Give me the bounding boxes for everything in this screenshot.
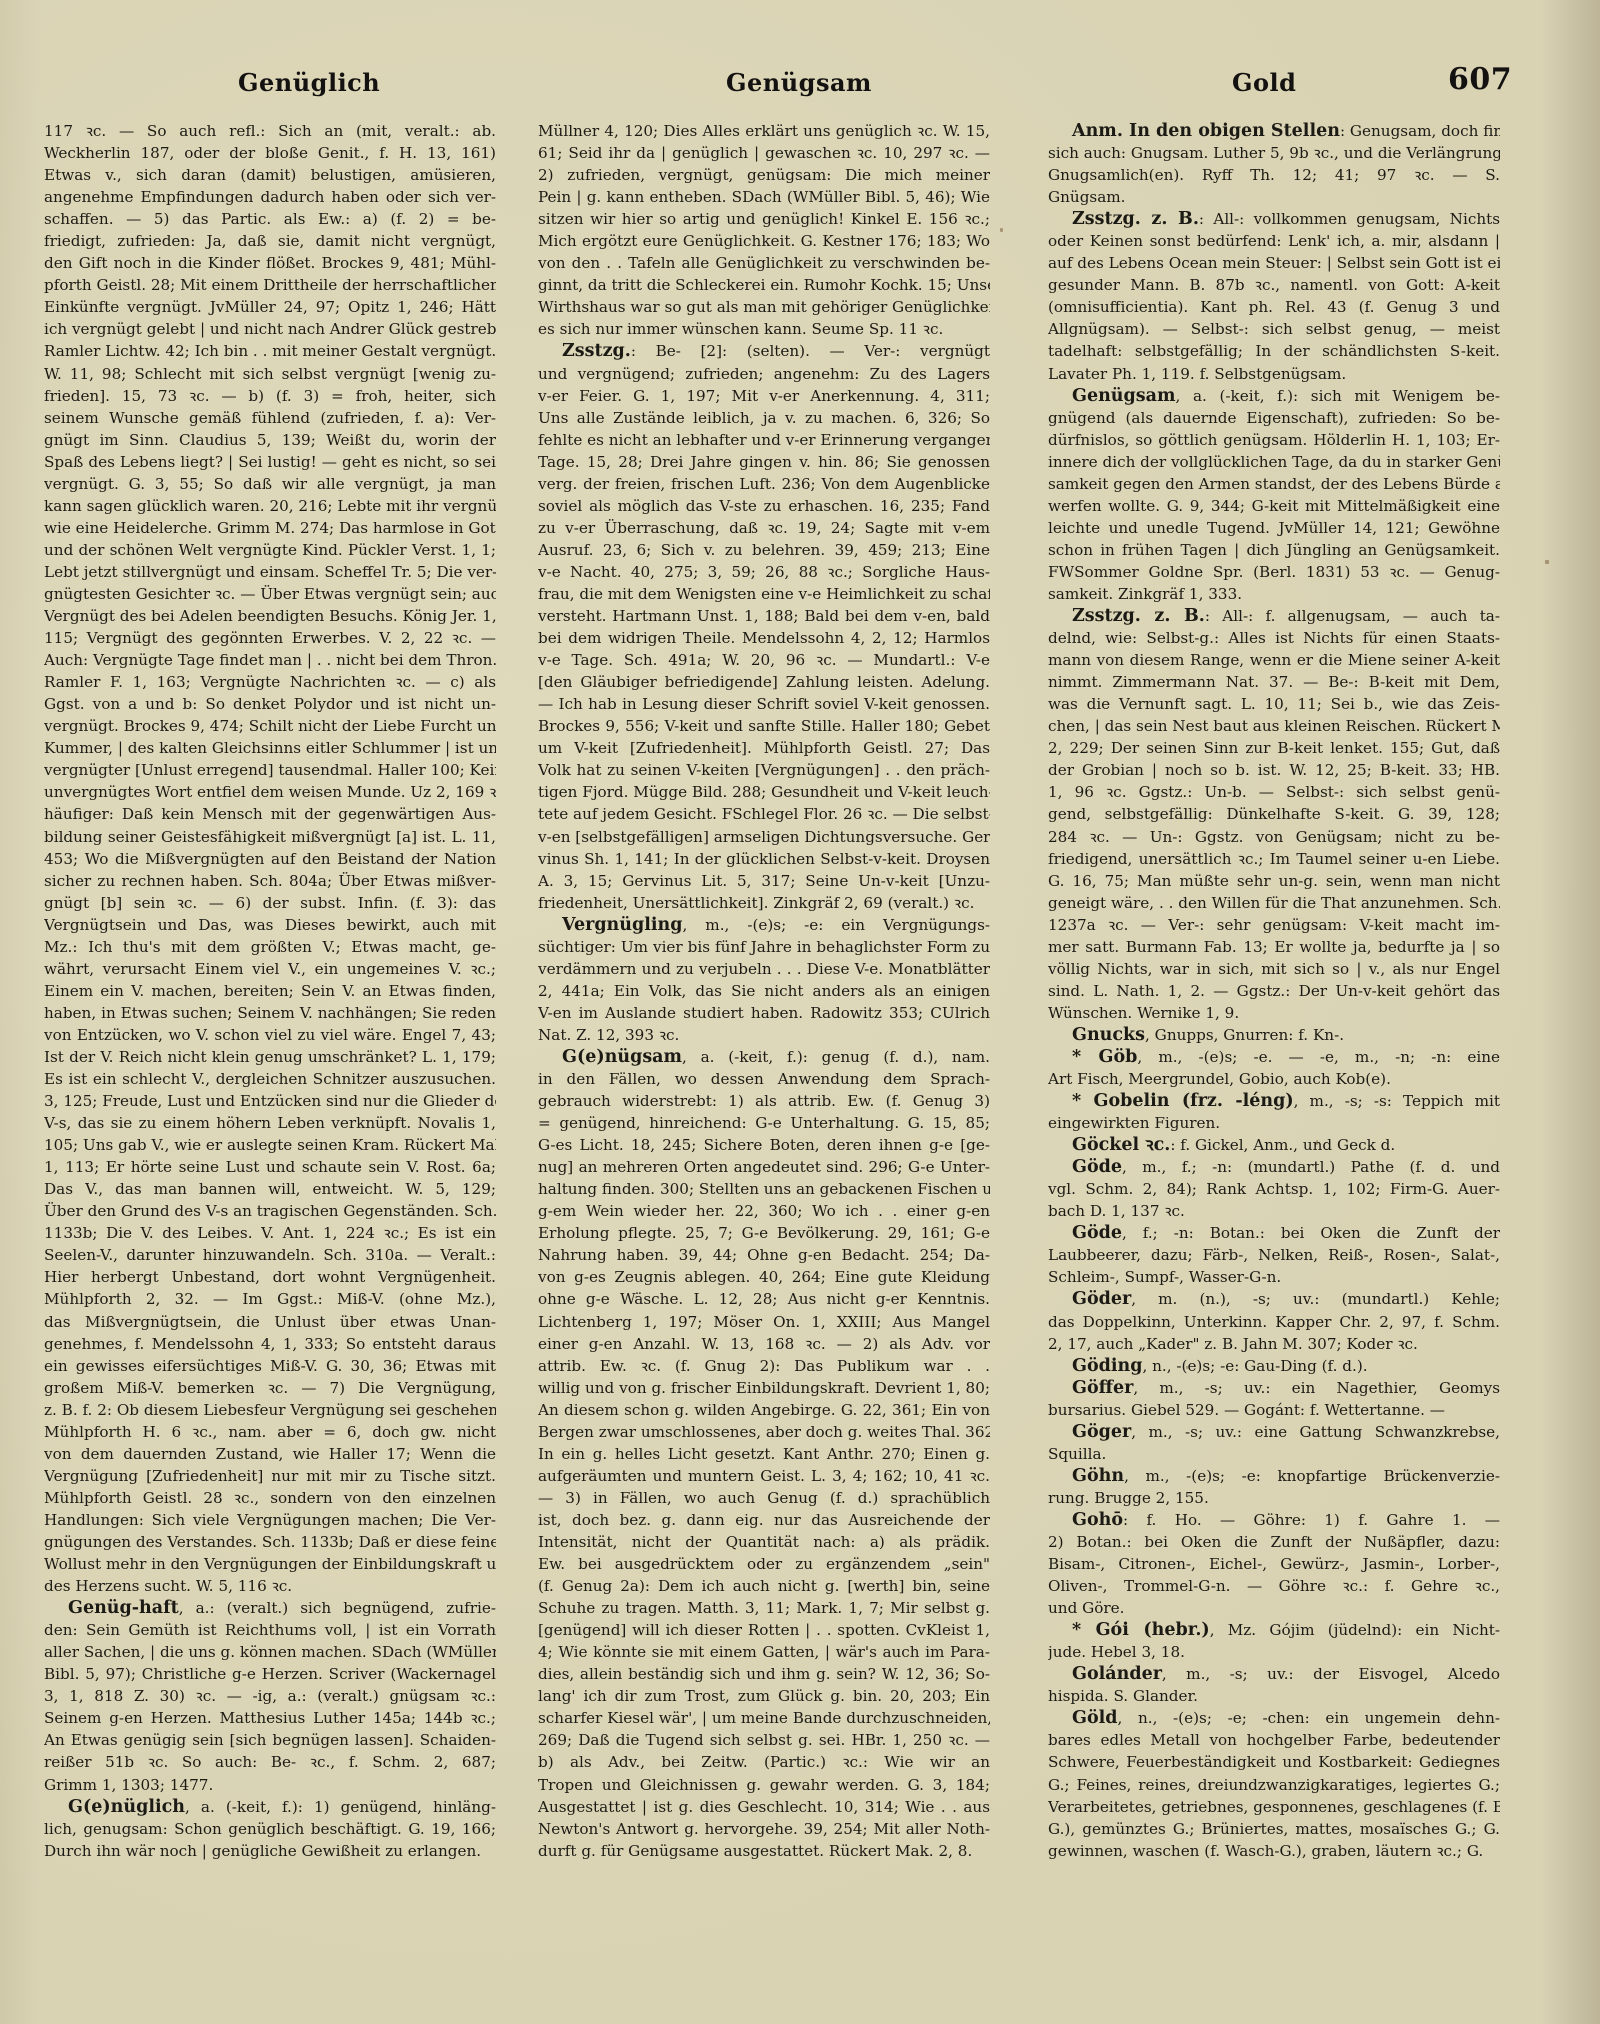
entry-text-line: Ausruf. 23, 6; Sich v. zu belehren. 39, … — [538, 539, 990, 561]
entry-text-line: willig und von g. frischer Einbildungskr… — [538, 1377, 990, 1399]
entry-text-line: währt, verursacht Einem viel V., ein ung… — [44, 958, 496, 980]
entry-text-line: 2) zufrieden, vergnügt, genügsam: Die mi… — [538, 164, 990, 186]
entry-text-line: v-e Tage. Sch. 491a; W. 20, 96 ꝛc. — Mun… — [538, 649, 990, 671]
entry-text-line: seinem Wunsche gemäß fühlend (zufrieden,… — [44, 407, 496, 429]
entry-text-line: Newton's Antwort g. hervorgehe. 39, 254;… — [538, 1818, 990, 1840]
entry-text-line: werfen wollte. G. 9, 344; G-keit mit Mit… — [1048, 495, 1500, 517]
entry-text-line: um V-keit [Zufriedenheit]. Mühlpforth Ge… — [538, 737, 990, 759]
entry-text-line: Hier herbergt Unbestand, dort wohnt Verg… — [44, 1266, 496, 1288]
entry-text-line: mann von diesem Range, wenn er die Miene… — [1048, 649, 1500, 671]
entry-text-line: Wirthshaus war so gut als man mit gehöri… — [538, 296, 990, 318]
entry-text-line: bursarius. Giebel 529. — Gogánt: f. Wett… — [1048, 1399, 1500, 1421]
entry-text-line: Bibl. 5, 97); Christliche g-e Herzen. Sc… — [44, 1663, 496, 1685]
left-guide-word: Genüglich — [238, 68, 380, 97]
entry-text-line: unvergnügtes Wort entfiel dem weisen Mun… — [44, 781, 496, 803]
headword: Zsstzg. z. B. — [1072, 209, 1199, 229]
entry-text-line: Squilla. — [1048, 1443, 1500, 1465]
entry-headword-line: Zsstzg. z. B.: All-: vollkommen genugsam… — [1048, 208, 1500, 230]
entry-text-line: Erholung pflegte. 25, 7; G-e Bevölkerung… — [538, 1222, 990, 1244]
entry-text-line: — 3) in Fällen, wo auch Genug (f. d.) sp… — [538, 1487, 990, 1509]
entry-headword-line: Gnucks, Gnupps, Gnurren: f. Kn-. — [1048, 1024, 1500, 1046]
entry-text-line: bares edles Metall von hochgelber Farbe,… — [1048, 1729, 1500, 1751]
entry-text-line: kann sagen glücklich waren. 20, 216; Leb… — [44, 495, 496, 517]
entry-text-line: v-er Feier. G. 1, 197; Mit v-er Anerkenn… — [538, 385, 990, 407]
entry-text-line: Mz.: Ich thu's mit dem größten V.; Etwas… — [44, 936, 496, 958]
entry-text-line: gnügt im Sinn. Claudius 5, 139; Weißt du… — [44, 429, 496, 451]
entry-text-line: v-en [selbstgefälligen] armseligen Dicht… — [538, 826, 990, 848]
entry-text-line: ich vergnügt gelebt | und nicht nach And… — [44, 318, 496, 340]
entry-text-line: haltung finden. 300; Stellten uns an geb… — [538, 1178, 990, 1200]
entry-text-line: Allgnügsam). — Selbst-: sich selbst genu… — [1048, 318, 1500, 340]
entry-text-line: tete auf jedem Gesicht. FSchlegel Flor. … — [538, 803, 990, 825]
entry-text-line: rung. Brugge 2, 155. — [1048, 1487, 1500, 1509]
entry-text-line: Mühlpforth 2, 32. — Im Ggst.: Miß-V. (oh… — [44, 1288, 496, 1310]
headword: Göde — [1072, 1157, 1122, 1177]
entry-text-line: Ausgestattet | ist g. dies Geschlecht. 1… — [538, 1796, 990, 1818]
entry-text-line: An Etwas genügig sein [sich begnügen las… — [44, 1729, 496, 1751]
entry-text-line: vergnügt. G. 3, 55; So daß wir alle verg… — [44, 473, 496, 495]
entry-text-line: ist, doch bez. g. dann eig. nur das Ausr… — [538, 1509, 990, 1531]
entry-text-line: samkeit gegen den Armen standst, der des… — [1048, 473, 1500, 495]
entry-text-line: Über den Grund des V-s an tragischen Geg… — [44, 1200, 496, 1222]
entry-text-line: friedigt, zufrieden: Ja, daß sie, damit … — [44, 230, 496, 252]
entry-headword-line: * Gói (hebr.), Mz. Gójim (jüdelnd): ein … — [1048, 1619, 1500, 1641]
entry-text-line: Laubbeerer, dazu; Färb-, Nelken, Reiß-, … — [1048, 1244, 1500, 1266]
entry-text-line: Es ist ein schlecht V., dergleichen Schn… — [44, 1068, 496, 1090]
entry-text-line: verdämmern und zu verjubeln . . . Diese … — [538, 958, 990, 980]
column-middle: Müllner 4, 120; Dies Alles erklärt uns g… — [538, 120, 990, 1862]
paper-speck — [1000, 228, 1003, 232]
entry-text-line: durft g. für Genügsame ausgestattet. Rüc… — [538, 1840, 990, 1862]
entry-text-line: ginnt, da tritt die Schleckerei ein. Rum… — [538, 274, 990, 296]
entry-text-line: 117 ꝛc. — So auch refl.: Sich an (mit, v… — [44, 120, 496, 142]
entry-text-line: Schuhe zu tragen. Matth. 3, 11; Mark. 1,… — [538, 1597, 990, 1619]
entry-text-line: ohne g-e Wäsche. L. 12, 28; Aus nicht g-… — [538, 1288, 990, 1310]
headword: G(e)nüglich — [68, 1797, 185, 1817]
entry-headword-line: Göffer, m., -s; uv.: ein Nagethier, Geom… — [1048, 1377, 1500, 1399]
entry-headword-line: Golánder, m., -s; uv.: der Eisvogel, Alc… — [1048, 1663, 1500, 1685]
entry-text-line: Seinem g-en Herzen. Matthesius Luther 14… — [44, 1707, 496, 1729]
entry-text-line: [genügend] will ich dieser Rotten | . . … — [538, 1619, 990, 1641]
entry-text-line: (omnisufficientia). Kant ph. Rel. 43 (f.… — [1048, 296, 1500, 318]
entry-text-line: Ist der V. Reich nicht klein genug umsch… — [44, 1046, 496, 1068]
page-number: 607 — [1448, 62, 1512, 97]
entry-text-line: Weckherlin 187, oder der bloße Genit., f… — [44, 142, 496, 164]
entry-text-line: Uns alle Zustände leiblich, ja v. zu mac… — [538, 407, 990, 429]
entry-text-line: Pein | g. kann entheben. SDach (WMüller … — [538, 186, 990, 208]
entry-text-line: vergnügter [Unlust erregend] tausendmal.… — [44, 759, 496, 781]
center-guide-word: Genügsam — [726, 68, 872, 97]
entry-text-line: innere dich der vollglücklichen Tage, da… — [1048, 451, 1500, 473]
entry-text-line: gewinnen, waschen (f. Wasch-G.), graben,… — [1048, 1840, 1500, 1862]
entry-text-line: z. B. f. 2: Ob diesem Liebesfeur Vergnüg… — [44, 1399, 496, 1421]
headword: Vergnügling — [562, 915, 683, 935]
entry-text-line: An diesem schon g. wilden Angebirge. G. … — [538, 1399, 990, 1421]
entry-text-line: bach D. 1, 137 ꝛc. — [1048, 1200, 1500, 1222]
headword: Göffer — [1072, 1378, 1133, 1398]
entry-text-line: gnügtesten Gesichter ꝛc. — Über Etwas ve… — [44, 583, 496, 605]
entry-text-line: Vergnügt des bei Adelen beendigten Besuc… — [44, 605, 496, 627]
entry-text-line: dies, allein beständig sich und ihm g. s… — [538, 1663, 990, 1685]
entry-text-line: leichte und unedle Tugend. JvMüller 14, … — [1048, 517, 1500, 539]
entry-text-line: Schleim-, Sumpf-, Wasser-G-n. — [1048, 1266, 1500, 1288]
entry-text-line: verg. der freien, frischen Luft. 236; Vo… — [538, 473, 990, 495]
entry-headword-line: Zsstzg. z. B.: All-: f. allgenugsam, — a… — [1048, 605, 1500, 627]
entry-headword-line: Genüg-haft, a.: (veralt.) sich begnügend… — [44, 1597, 496, 1619]
entry-headword-line: Anm. In den obigen Stellen: Genugsam, do… — [1048, 120, 1500, 142]
entry-text-line: 2, 229; Der seinen Sinn zur B-keit lenke… — [1048, 737, 1500, 759]
entry-text-line: von Entzücken, wo V. schon viel zu viel … — [44, 1024, 496, 1046]
entry-headword-line: Göde, f.; -n: Botan.: bei Oken die Zunft… — [1048, 1222, 1500, 1244]
entry-text-line: G. 16, 75; Man müßte sehr un-g. sein, we… — [1048, 870, 1500, 892]
headword: Golánder — [1072, 1664, 1162, 1684]
entry-text-line: Einkünfte vergnügt. JvMüller 24, 97; Opi… — [44, 296, 496, 318]
entry-text-line: völlig Nichts, war in sich, mit sich so … — [1048, 958, 1500, 980]
entry-text-line: Seelen-V., darunter hinzuwandeln. Sch. 3… — [44, 1244, 496, 1266]
entry-headword-line: * Gobelin (frz. -léng), m., -s; -s: Tepp… — [1048, 1090, 1500, 1112]
entry-text-line: 1237a ꝛc. — Ver-: sehr genügsam: V-keit … — [1048, 914, 1500, 936]
headword: Göckel ꝛc. — [1072, 1135, 1170, 1155]
headword: Genügsam — [1072, 386, 1175, 406]
entry-text-line: dürfnislos, so göttlich genügsam. Hölder… — [1048, 429, 1500, 451]
entry-text-line: 453; Wo die Mißvergnügten auf den Beista… — [44, 848, 496, 870]
entry-text-line: Ramler F. 1, 163; Vergnügte Nachrichten … — [44, 671, 496, 693]
entry-text-line: v-e Nacht. 40, 275; 3, 59; 26, 88 ꝛc.; S… — [538, 561, 990, 583]
entry-text-line: versteht. Hartmann Unst. 1, 188; Bald be… — [538, 605, 990, 627]
entry-text-line: hispida. S. Glander. — [1048, 1685, 1500, 1707]
entry-text-line: 4; Wie könnte sie mit einem Gatten, | wä… — [538, 1641, 990, 1663]
entry-text-line: oder Keinen sonst bedürfend: Lenk' ich, … — [1048, 230, 1500, 252]
entry-text-line: tigen Fjord. Mügge Bild. 288; Gesundheit… — [538, 781, 990, 803]
entry-text-line: 3, 125; Freude, Lust und Entzücken sind … — [44, 1090, 496, 1112]
entry-text-line: eingewirkten Figuren. — [1048, 1112, 1500, 1134]
entry-text-line: Lichtenberg 1, 197; Möser On. 1, XXIII; … — [538, 1311, 990, 1333]
entry-text-line: aller Sachen, | die uns g. können machen… — [44, 1641, 496, 1663]
headword: Göger — [1072, 1422, 1131, 1442]
entry-text-line: Ggst. von a und b: So denket Polydor und… — [44, 693, 496, 715]
entry-text-line: den: Sein Gemüth ist Reichthums voll, | … — [44, 1619, 496, 1641]
entry-headword-line: Göhn, m., -(e)s; -e: knopfartige Brücken… — [1048, 1465, 1500, 1487]
entry-text-line: Müllner 4, 120; Dies Alles erklärt uns g… — [538, 120, 990, 142]
entry-headword-line: Göger, m., -s; uv.: eine Gattung Schwanz… — [1048, 1421, 1500, 1443]
column-right: Anm. In den obigen Stellen: Genugsam, do… — [1048, 120, 1500, 1862]
entry-text-line: tadelhaft: selbstgefällig; In der schänd… — [1048, 340, 1500, 362]
entry-text-line: fehlte es nicht an lebhafter und v-er Er… — [538, 429, 990, 451]
entry-text-line: Vergnügtsein und Das, was Dieses bewirkt… — [44, 914, 496, 936]
headword: Zsstzg. z. B. — [1072, 606, 1205, 626]
entry-text-line: von den . . Tafeln alle Genüglichkeit zu… — [538, 252, 990, 274]
entry-text-line: 61; Seid ihr da | genüglich | gewaschen … — [538, 142, 990, 164]
entry-text-line: 269; Daß die Tugend sich selbst g. sei. … — [538, 1729, 990, 1751]
entry-text-line: süchtiger: Um vier bis fünf Jahre in beh… — [538, 936, 990, 958]
entry-text-line: von dem dauernden Zustand, wie Haller 17… — [44, 1443, 496, 1465]
entry-text-line: das Mißvergnügtsein, die Unlust über etw… — [44, 1311, 496, 1333]
entry-text-line: Wünschen. Wernike 1, 9. — [1048, 1002, 1500, 1024]
entry-text-line: gesunder Mann. B. 87b ꝛc., namentl. von … — [1048, 274, 1500, 296]
entry-text-line: haben, in Etwas suchen; Seinem V. nachhä… — [44, 1002, 496, 1024]
entry-text-line: das Doppelkinn, Unterkinn. Kapper Chr. 2… — [1048, 1311, 1500, 1333]
headword: Gohō — [1072, 1510, 1123, 1530]
entry-text-line: vergnügt. Brockes 9, 474; Schilt nicht d… — [44, 715, 496, 737]
entry-text-line: Lebt jetzt stillvergnügt und einsam. Sch… — [44, 561, 496, 583]
entry-text-line: Auch: Vergnügte Tage findet man | . . ni… — [44, 649, 496, 671]
entry-text-line: nug] an mehreren Orten angedeutet sind. … — [538, 1156, 990, 1178]
headword: Zsstzg. — [562, 341, 631, 361]
entry-text-line: Durch ihn wär noch | genügliche Gewißhei… — [44, 1840, 496, 1862]
entry-text-line: Oliven-, Trommel-G-n. — Göhre ꝛc.: f. Ge… — [1048, 1575, 1500, 1597]
headword: Göde — [1072, 1223, 1122, 1243]
entry-headword-line: Göding, n., -(e)s; -e: Gau-Ding (f. d.). — [1048, 1355, 1500, 1377]
entry-text-line: Gnügsam. — [1048, 186, 1500, 208]
entry-text-line: reißer 51b ꝛc. So auch: Be- ꝛc., f. Schm… — [44, 1751, 496, 1773]
entry-text-line: (f. Genug 2a): Dem ich auch nicht g. [we… — [538, 1575, 990, 1597]
headword: G(e)nügsam — [562, 1047, 682, 1067]
entry-text-line: den Gift noch in die Kinder flößet. Broc… — [44, 252, 496, 274]
entry-text-line: A. 3, 15; Gervinus Lit. 5, 317; Seine Un… — [538, 870, 990, 892]
entry-text-line: Mich ergötzt eure Genüglichkeit. G. Kest… — [538, 230, 990, 252]
entry-text-line: Tropen und Gleichnissen g. gewahr werden… — [538, 1774, 990, 1796]
entry-text-line: genehmes, f. Mendelssohn 4, 1, 333; So e… — [44, 1333, 496, 1355]
entry-headword-line: Vergnügling, m., -(e)s; -e: ein Vergnügu… — [538, 914, 990, 936]
entry-headword-line: Göckel ꝛc.: f. Gickel, Anm., und Geck d. — [1048, 1134, 1500, 1156]
headword: * Göb — [1072, 1047, 1137, 1067]
entry-text-line: gend, selbstgefällig: Dünkelhafte S-keit… — [1048, 803, 1500, 825]
entry-text-line: 115; Vergnügt des gegönnten Erwerbes. V.… — [44, 627, 496, 649]
entry-text-line: Einem ein V. machen, bereiten; Sein V. a… — [44, 980, 496, 1002]
entry-headword-line: Göld, n., -(e)s; -e; -chen: ein ungemein… — [1048, 1707, 1500, 1729]
entry-text-line: V-en im Auslande studiert haben. Radowit… — [538, 1002, 990, 1024]
entry-headword-line: Göder, m. (n.), -s; uv.: (mundartl.) Keh… — [1048, 1288, 1500, 1310]
entry-text-line: scharfer Kiesel wär', | um meine Bande d… — [538, 1707, 990, 1729]
headword: * Gobelin (frz. -léng) — [1072, 1091, 1294, 1111]
entry-text-line: 1133b; Die V. des Leibes. V. Ant. 1, 224… — [44, 1222, 496, 1244]
entry-text-line: Grimm 1, 1303; 1477. — [44, 1774, 496, 1796]
entry-text-line: Spaß des Lebens liegt? | Sei lustig! — g… — [44, 451, 496, 473]
entry-text-line: soviel als möglich das V-ste zu erhasche… — [538, 495, 990, 517]
entry-text-line: Bisam-, Citronen-, Eichel-, Gewürz-, Jas… — [1048, 1553, 1500, 1575]
entry-text-line: 2, 441a; Ein Volk, das Sie nicht anders … — [538, 980, 990, 1002]
dictionary-columns: 117 ꝛc. — So auch refl.: Sich an (mit, v… — [44, 120, 1508, 2000]
entry-text-line: sich auch: Gnugsam. Luther 5, 9b ꝛc., un… — [1048, 142, 1500, 164]
entry-text-line: Volk hat zu seinen V-keiten [Vergnügunge… — [538, 759, 990, 781]
entry-text-line: = genügend, hinreichend: G-e Unterhaltun… — [538, 1112, 990, 1134]
entry-text-line: Lavater Ph. 1, 119. f. Selbstgenügsam. — [1048, 363, 1500, 385]
entry-text-line: sitzen wir hier so artig und genüglich! … — [538, 208, 990, 230]
entry-text-line: wie eine Heidelerche. Grimm M. 274; Das … — [44, 517, 496, 539]
entry-text-line: attrib. Ew. ꝛc. (f. Gnug 2): Das Publiku… — [538, 1355, 990, 1377]
headword: Göhn — [1072, 1466, 1124, 1486]
entry-text-line: und Göre. — [1048, 1597, 1500, 1619]
entry-headword-line: Genügsam, a. (-keit, f.): sich mit Wenig… — [1048, 385, 1500, 407]
entry-text-line: jude. Hebel 3, 18. — [1048, 1641, 1500, 1663]
entry-text-line: pforth Geistl. 28; Mit einem Drittheile … — [44, 274, 496, 296]
headword: Göld — [1072, 1708, 1118, 1728]
entry-text-line: häufiger: Daß kein Mensch mit der gegenw… — [44, 803, 496, 825]
entry-text-line: frau, die mit dem Wenigsten eine v-e Hei… — [538, 583, 990, 605]
entry-text-line: Nahrung haben. 39, 44; Ohne g-en Bedacht… — [538, 1244, 990, 1266]
entry-text-line: gnügend (als dauernde Eigenschaft), zufr… — [1048, 407, 1500, 429]
entry-text-line: Ramler Lichtw. 42; Ich bin . . mit meine… — [44, 340, 496, 362]
paper-speck — [1316, 1140, 1318, 1145]
entry-text-line: nimmt. Zimmermann Nat. 37. — Be-: B-keit… — [1048, 671, 1500, 693]
entry-text-line: Verarbeitetes, getriebnes, gesponnenes, … — [1048, 1796, 1500, 1818]
headword: Gnucks — [1072, 1025, 1145, 1045]
entry-text-line: aufgeräumten und muntern Geist. L. 3, 4;… — [538, 1465, 990, 1487]
entry-text-line: vgl. Schm. 2, 84); Rank Achtsp. 1, 102; … — [1048, 1178, 1500, 1200]
entry-text-line: friedigend, unersättlich ꝛc.; Im Taumel … — [1048, 848, 1500, 870]
entry-text-line: schaffen. — 5) das Partic. als Ew.: a) (… — [44, 208, 496, 230]
entry-text-line: auf des Lebens Ocean mein Steuer: | Selb… — [1048, 252, 1500, 274]
entry-text-line: geneigt wäre, . . den Willen für die Tha… — [1048, 892, 1500, 914]
entry-text-line: Etwas v., sich daran (damit) belustigen,… — [44, 164, 496, 186]
entry-text-line: Nat. Z. 12, 393 ꝛc. — [538, 1024, 990, 1046]
entry-text-line: schon in frühen Tagen | dich Jüngling an… — [1048, 539, 1500, 561]
headword: Genüg-haft — [68, 1598, 179, 1618]
entry-text-line: V-s, das sie zu einem höhern Leben verkn… — [44, 1112, 496, 1134]
page-header: Genüglich Genügsam Gold 607 — [0, 68, 1600, 108]
entry-text-line: einer g-en Anzahl. W. 13, 168 ꝛc. — 2) a… — [538, 1333, 990, 1355]
entry-text-line: bei dem widrigen Theile. Mendelssohn 4, … — [538, 627, 990, 649]
entry-text-line: in den Fällen, wo dessen Anwendung dem S… — [538, 1068, 990, 1090]
paper-speck — [1186, 1366, 1188, 1369]
entry-text-line: 3, 1, 818 Z. 30) ꝛc. — -ig, a.: (veralt.… — [44, 1685, 496, 1707]
entry-text-line: delnd, wie: Selbst-g.: Alles ist Nichts … — [1048, 627, 1500, 649]
entry-text-line: Intensität, nicht der Quantität nach: a)… — [538, 1531, 990, 1553]
entry-text-line: [den Gläubiger befriedigende] Zahlung le… — [538, 671, 990, 693]
entry-text-line: FWSommer Goldne Spr. (Berl. 1831) 53 ꝛc.… — [1048, 561, 1500, 583]
headword: Göding — [1072, 1356, 1142, 1376]
entry-text-line: 1, 96 ꝛc. Ggstz.: Un-b. — Selbst-: sich … — [1048, 781, 1500, 803]
entry-text-line: — Ich hab in Lesung dieser Schrift sovie… — [538, 693, 990, 715]
paper-speck — [1545, 560, 1549, 564]
entry-text-line: von g-es Zeugnis ablegen. 40, 264; Eine … — [538, 1266, 990, 1288]
entry-text-line: friedenheit, Unersättlichkeit]. Zinkgräf… — [538, 892, 990, 914]
entry-text-line: zu v-er Überraschung, daß ꝛc. 19, 24; Sa… — [538, 517, 990, 539]
entry-text-line: Art Fisch, Meergrundel, Gobio, auch Kob(… — [1048, 1068, 1500, 1090]
entry-headword-line: G(e)nügsam, a. (-keit, f.): genug (f. d.… — [538, 1046, 990, 1068]
entry-text-line: Vergnügung [Zufriedenheit] nur mit mir z… — [44, 1465, 496, 1487]
entry-text-line: Gnugsamlich(en). Ryff Th. 12; 41; 97 ꝛc.… — [1048, 164, 1500, 186]
entry-headword-line: Göde, m., f.; -n: (mundartl.) Pathe (f. … — [1048, 1156, 1500, 1178]
entry-text-line: sind. L. Nath. 1, 2. — Ggstz.: Der Un-v-… — [1048, 980, 1500, 1002]
entry-headword-line: Gohō: f. Ho. — Göhre: 1) f. Gahre 1. — — [1048, 1509, 1500, 1531]
entry-text-line: Mühlpforth H. 6 ꝛc., nam. aber = 6, doch… — [44, 1421, 496, 1443]
entry-text-line: 105; Uns gab V., wie er auslegte seinen … — [44, 1134, 496, 1156]
entry-text-line: frieden]. 15, 73 ꝛc. — b) (f. 3) = froh,… — [44, 385, 496, 407]
entry-headword-line: * Göb, m., -(e)s; -e. — -e, m., -n; -n: … — [1048, 1046, 1500, 1068]
entry-text-line: chen, | das sein Nest baut aus kleinen R… — [1048, 715, 1500, 737]
right-guide-word: Gold — [1232, 68, 1296, 97]
entry-text-line: g-em Wein wieder her. 22, 360; Wo ich . … — [538, 1200, 990, 1222]
entry-text-line: und der schönen Welt vergnügte Kind. Püc… — [44, 539, 496, 561]
entry-headword-line: Zsstzg.: Be- [2]: (selten). — Ver-: verg… — [538, 340, 990, 362]
entry-text-line: es sich nur immer wünschen kann. Seume S… — [538, 318, 990, 340]
entry-text-line: gnügungen des Verstandes. Sch. 1133b; Da… — [44, 1531, 496, 1553]
headword: * Gói (hebr.) — [1072, 1620, 1210, 1640]
entry-text-line: samkeit. Zinkgräf 1, 333. — [1048, 583, 1500, 605]
entry-text-line: Kummer, | des kalten Gleichsinns eitler … — [44, 737, 496, 759]
entry-text-line: 2, 17, auch „Kader" z. B. Jahn M. 307; K… — [1048, 1333, 1500, 1355]
entry-text-line: was die Vernunft sagt. L. 10, 11; Sei b.… — [1048, 693, 1500, 715]
entry-text-line: mer satt. Burmann Fab. 13; Er wollte ja,… — [1048, 936, 1500, 958]
entry-text-line: sicher zu rechnen haben. Sch. 804a; Über… — [44, 870, 496, 892]
entry-text-line: 2) Botan.: bei Oken die Zunft der Nußäpf… — [1048, 1531, 1500, 1553]
entry-text-line: bildung seiner Geistesfähigkeit mißvergn… — [44, 826, 496, 848]
entry-text-line: 1, 113; Er hörte seine Lust und schaute … — [44, 1156, 496, 1178]
entry-text-line: Wollust mehr in den Vergnügungen der Ein… — [44, 1553, 496, 1575]
entry-text-line: Handlungen: Sich viele Vergnügungen mach… — [44, 1509, 496, 1531]
entry-text-line: Schwere, Feuerbeständigkeit und Kostbark… — [1048, 1751, 1500, 1773]
entry-text-line: und vergnügend; zufrieden; angenehm: Zu … — [538, 363, 990, 385]
entry-text-line: lich, genugsam: Schon genüglich beschäft… — [44, 1818, 496, 1840]
entry-text-line: W. 11, 98; Schlecht mit sich selbst verg… — [44, 363, 496, 385]
entry-text-line: Mühlpforth Geistl. 28 ꝛc., sondern von d… — [44, 1487, 496, 1509]
entry-text-line: gnügt [b] sein ꝛc. — 6) der subst. Infin… — [44, 892, 496, 914]
entry-text-line: In ein g. helles Licht gesetzt. Kant Ant… — [538, 1443, 990, 1465]
entry-text-line: der Grobian | noch so b. ist. W. 12, 25;… — [1048, 759, 1500, 781]
column-left: 117 ꝛc. — So auch refl.: Sich an (mit, v… — [44, 120, 496, 1862]
entry-text-line: angenehme Empfindungen dadurch haben ode… — [44, 186, 496, 208]
entry-text-line: 284 ꝛc. — Un-: Ggstz. von Genügsam; nich… — [1048, 826, 1500, 848]
entry-headword-line: G(e)nüglich, a. (-keit, f.): 1) genügend… — [44, 1796, 496, 1818]
entry-text-line: G.), gemünztes G.; Brüniertes, mattes, m… — [1048, 1818, 1500, 1840]
entry-text-line: Ew. bei ausgedrücktem oder zu ergänzende… — [538, 1553, 990, 1575]
entry-text-line: Das V., das man bannen will, entweicht. … — [44, 1178, 496, 1200]
entry-text-line: vinus Sh. 1, 141; In der glücklichen Sel… — [538, 848, 990, 870]
entry-text-line: G.; Feines, reines, dreiundzwanzigkarati… — [1048, 1774, 1500, 1796]
headword: Anm. In den obigen Stellen — [1072, 121, 1340, 141]
entry-text-line: großem Miß-V. bemerken ꝛc. — 7) Die Verg… — [44, 1377, 496, 1399]
entry-text-line: des Herzens sucht. W. 5, 116 ꝛc. — [44, 1575, 496, 1597]
entry-text-line: lang' ich dir zum Trost, zum Glück g. bi… — [538, 1685, 990, 1707]
entry-text-line: b) als Adv., bei Zeitw. (Partic.) ꝛc.: W… — [538, 1751, 990, 1773]
entry-text-line: Bergen zwar umschlossenes, aber doch g. … — [538, 1421, 990, 1443]
entry-text-line: ein gewisses eifersüchtiges Miß-V. G. 30… — [44, 1355, 496, 1377]
entry-text-line: Tage. 15, 28; Drei Jahre gingen v. hin. … — [538, 451, 990, 473]
headword: Göder — [1072, 1289, 1131, 1309]
entry-text-line: gebrauch widerstrebt: 1) als attrib. Ew.… — [538, 1090, 990, 1112]
entry-text-line: Brockes 9, 556; V-keit und sanfte Stille… — [538, 715, 990, 737]
entry-text-line: G-es Licht. 18, 245; Sichere Boten, dere… — [538, 1134, 990, 1156]
